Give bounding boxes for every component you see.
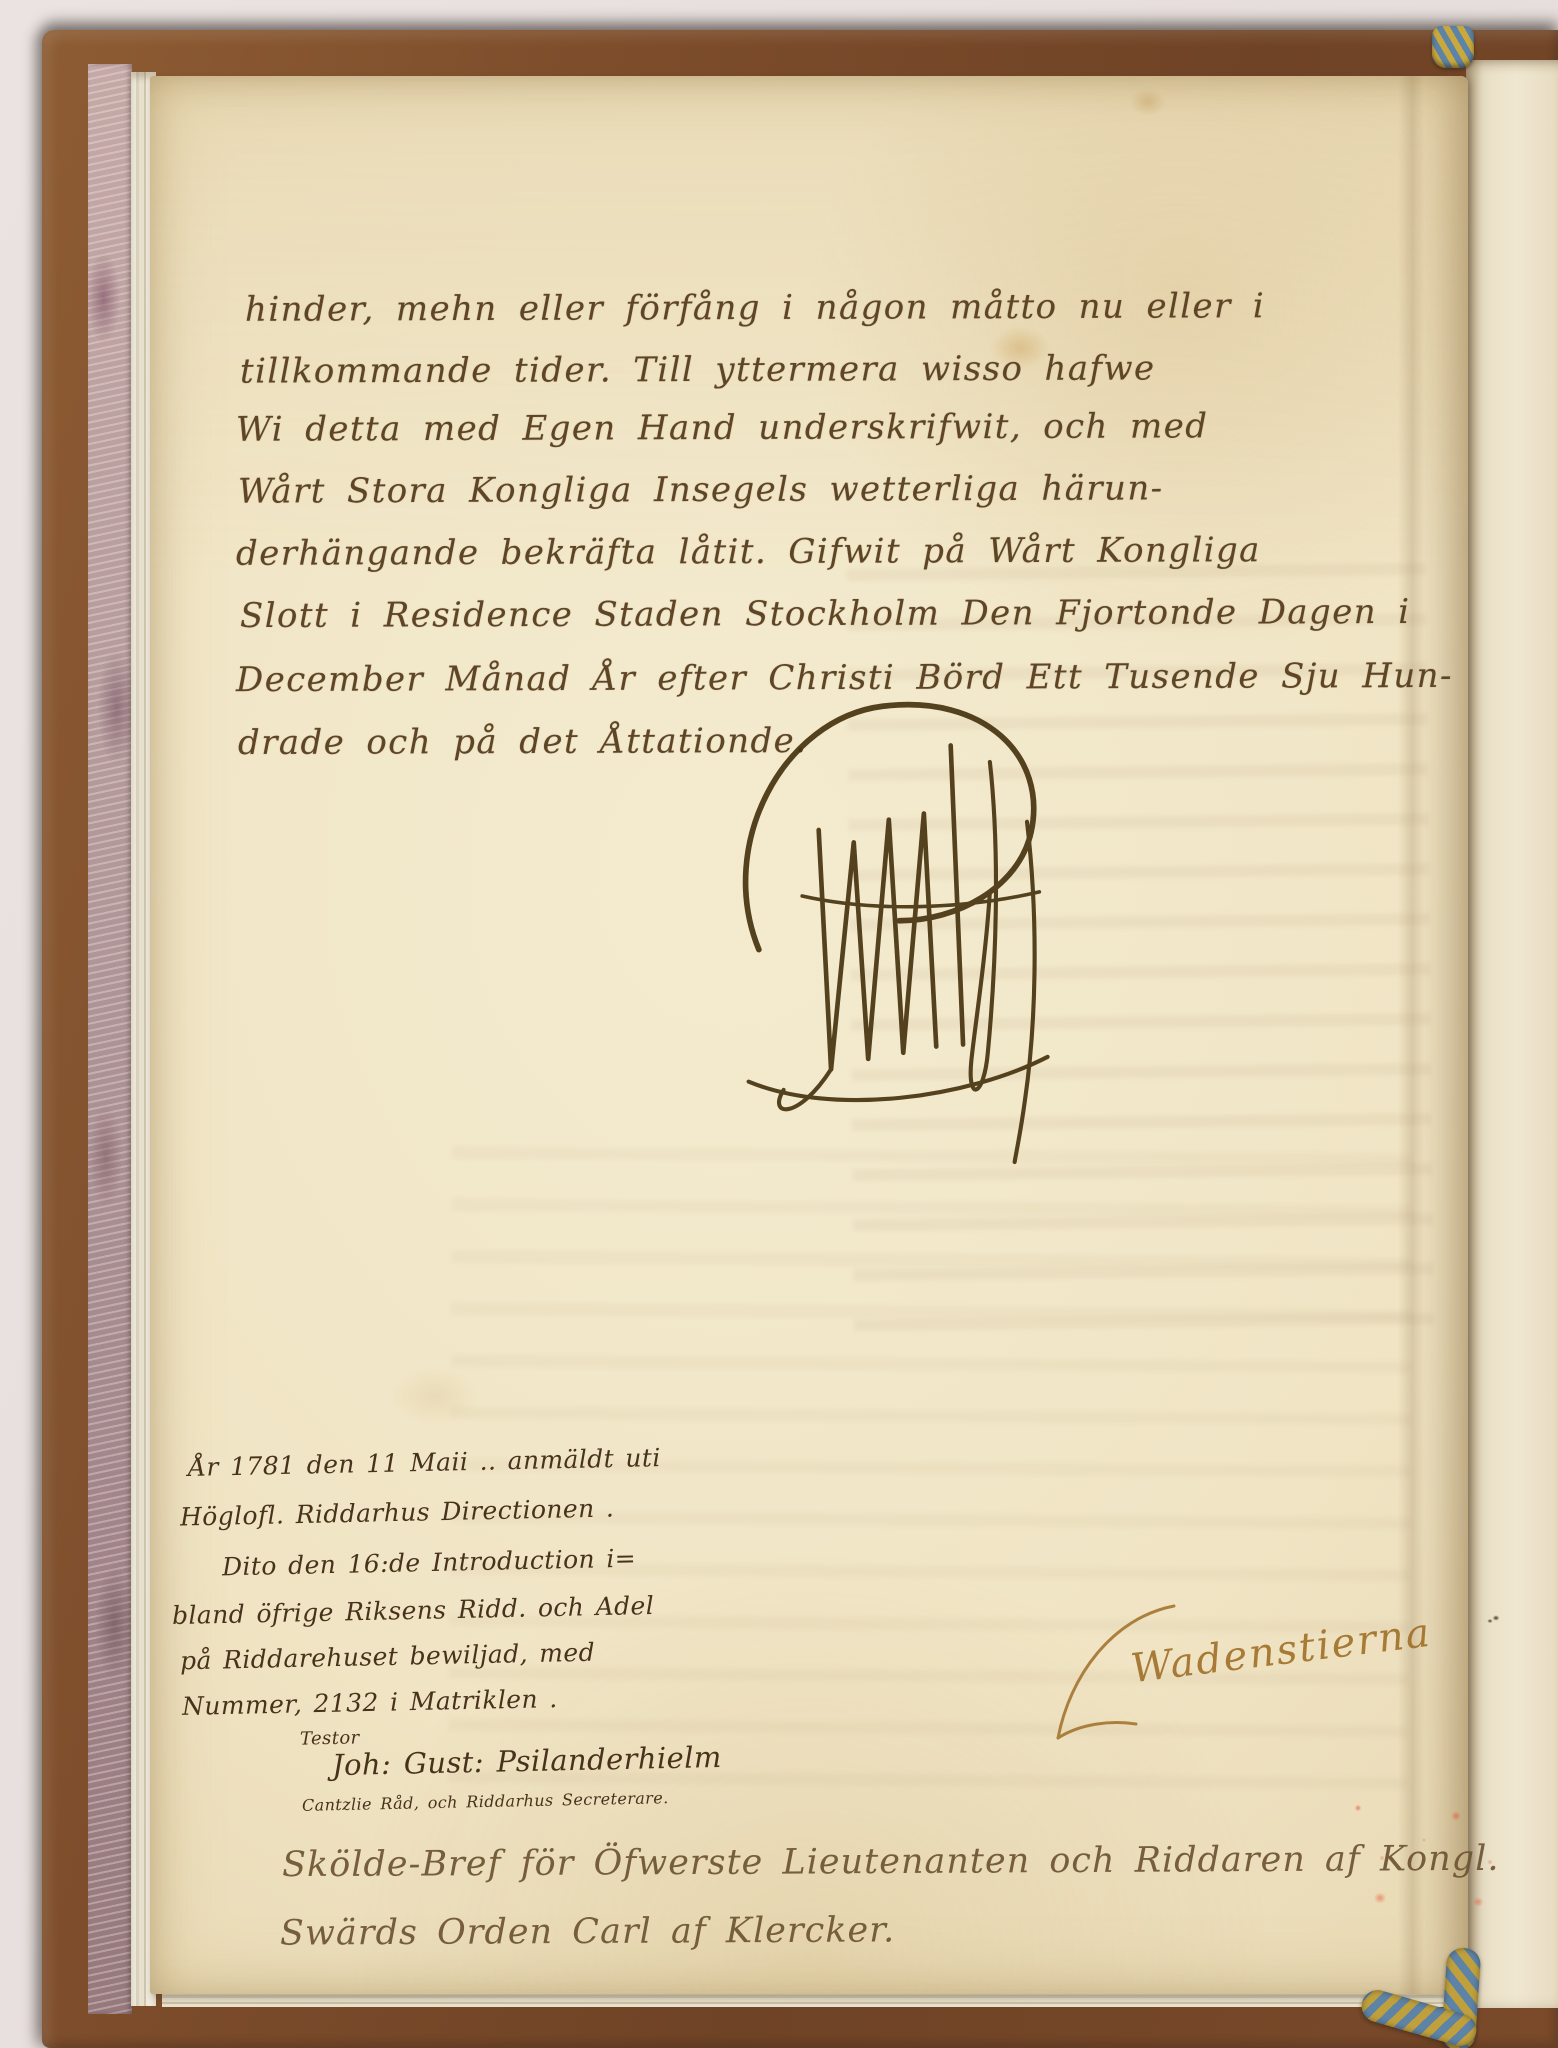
attestation-signature: Joh: Gust: Psilanderhielm [332, 1740, 722, 1782]
marginal-note-line: bland öfrige Riksens Ridd. och Adel [172, 1591, 655, 1630]
royal-signature-gustaf [730, 686, 1060, 1106]
marginal-note-line: Höglofl. Riddarhus Directionen . [180, 1493, 615, 1531]
ink-bleedthrough [448, 1123, 1413, 1830]
marginal-note-line: Nummer, 2132 i Matriklen . [182, 1684, 558, 1721]
gutter-crease [1398, 76, 1424, 1994]
ink-speck [1486, 1614, 1500, 1626]
manuscript-line: derhängande bekräfta låtit. Gifwit på Wå… [236, 530, 1261, 574]
parchment-stain [390, 1366, 480, 1426]
marbled-endpaper-edge [88, 64, 132, 2014]
scanned-book-page: hinder, mehn eller förfång i någon måtto… [0, 0, 1558, 2048]
manuscript-line: tillkommande tider. Till yttermera wisso… [240, 348, 1156, 391]
marginal-note-line: Dito den 16:de Introduction i= [222, 1544, 637, 1582]
attestation-testor-label: Testor [300, 1727, 360, 1749]
parchment-page: hinder, mehn eller förfång i någon måtto… [150, 76, 1468, 1994]
marginal-note-line: År 1781 den 11 Maii .. anmäldt uti [188, 1443, 661, 1482]
endband-cord [1432, 26, 1474, 68]
marginal-note-line: på Riddarehuset bewiljad, med [180, 1638, 596, 1676]
manuscript-line: Slott i Residence Staden Stockholm Den F… [240, 592, 1411, 636]
parchment-stain [1130, 88, 1166, 116]
manuscript-line: Wi detta med Egen Hand underskrifwit, oc… [236, 406, 1208, 449]
attestation-title: Cantzlie Råd, och Riddarhus Secreterare. [302, 1788, 669, 1815]
next-page-edge [1466, 60, 1558, 2008]
caption-line: Skölde-Bref för Öfwerste Lieutenanten oc… [282, 1839, 1500, 1885]
manuscript-line: Wårt Stora Kongliga Insegels wetterliga … [238, 468, 1164, 511]
manuscript-line: drade och på det Åttationde. [238, 721, 807, 763]
manuscript-line: hinder, mehn eller förfång i någon måtto… [245, 286, 1265, 330]
caption-line: Swärds Orden Carl af Klercker. [280, 1910, 895, 1953]
